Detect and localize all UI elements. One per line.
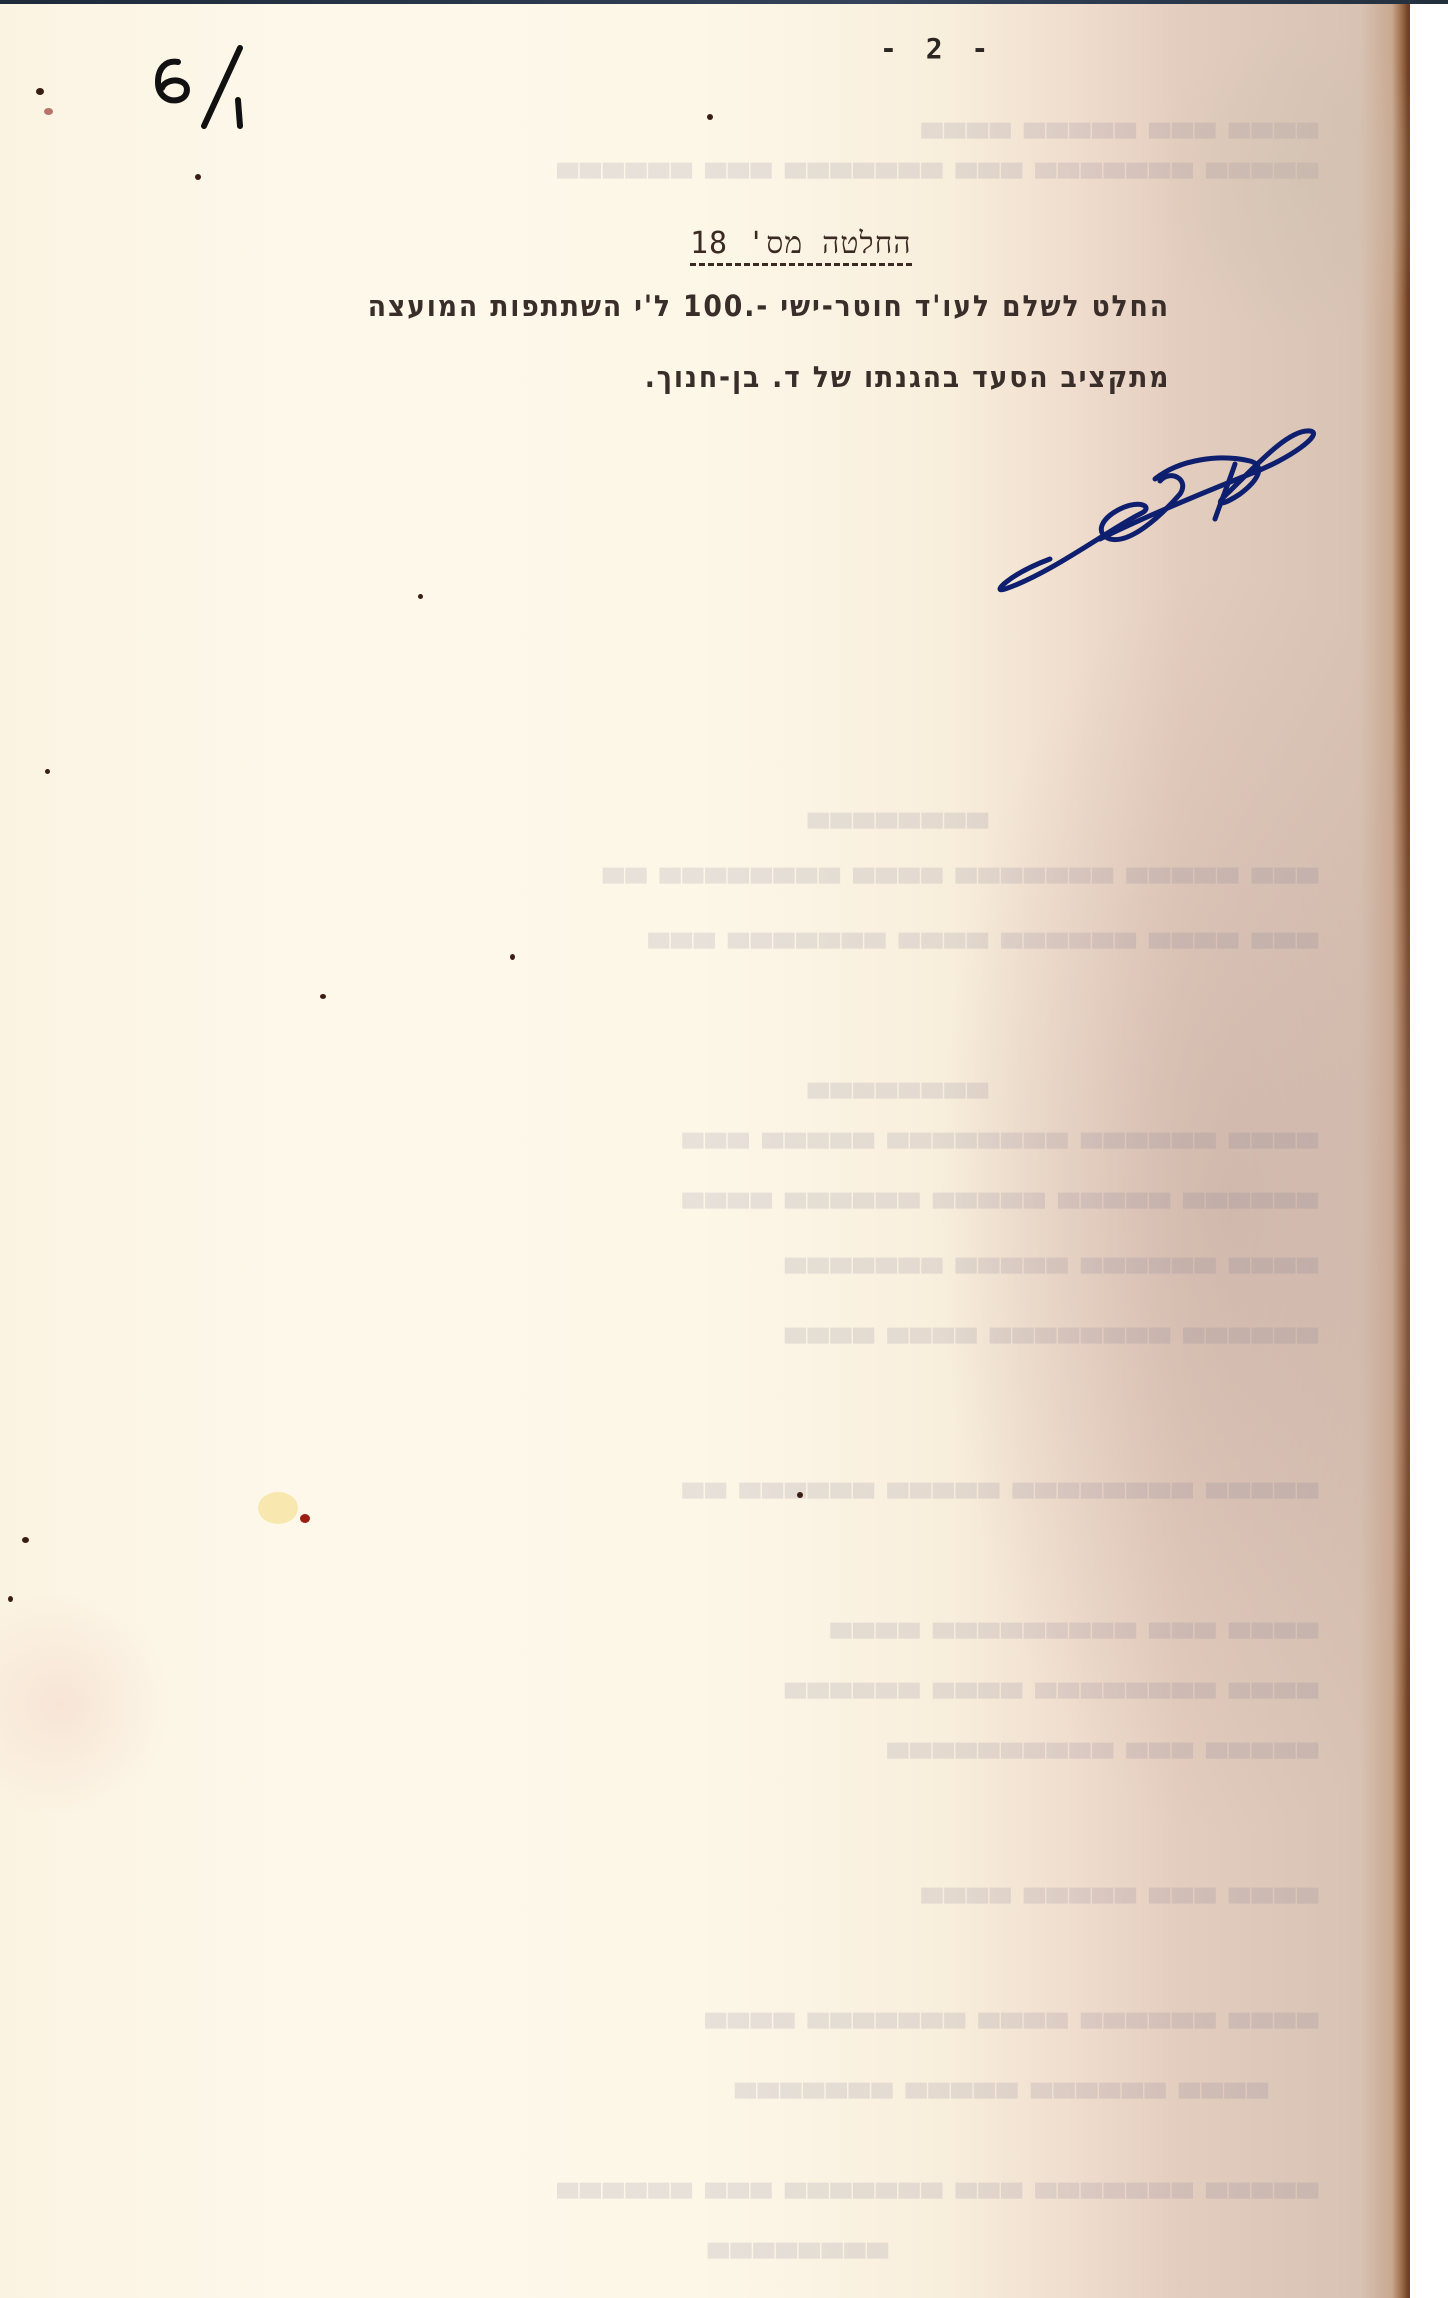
bleed-line: ▀▀▀▀▀ ▀▀▀▀▀▀▀▀ ▀▀▀▀▀ ▀▀▀▀▀▀ ▀▀ [683, 1484, 1320, 1515]
bleed-line: ▀▀▀▀▀▀ ▀▀▀▀▀▀▀▀ ▀▀▀▀ ▀▀▀▀ [785, 1329, 1320, 1360]
bleed-line: ▀▀▀ ▀▀▀▀▀ ▀▀▀▀▀▀▀ ▀▀▀▀ ▀▀▀▀▀▀▀▀ ▀▀ [603, 869, 1320, 900]
bleed-line: ▀▀▀▀▀ ▀▀▀▀▀▀▀ ▀▀▀ ▀▀▀▀▀▀▀ ▀▀▀ ▀▀▀▀▀▀ [557, 164, 1320, 195]
bleed-line: ▀▀▀▀▀▀ ▀▀▀▀▀ ▀▀▀▀▀ ▀▀▀▀▀▀ ▀▀▀▀ [683, 1194, 1320, 1225]
resolution-text-line: מתקציב הסעד בהגנתו של ד. בן-חנוך. [644, 360, 1170, 394]
folio-mark: 6/1 [148, 44, 268, 144]
signature [990, 399, 1330, 599]
resolution-heading: החלטה מס' 18 [690, 226, 912, 266]
bleed-line: ▀▀▀▀▀ ▀▀▀ ▀▀▀▀▀▀▀▀▀▀ [887, 1744, 1320, 1775]
bleed-line: ▀▀▀ ▀▀▀▀ ▀▀▀▀▀▀ ▀▀▀▀ ▀▀▀▀▀▀▀ ▀▀▀ [648, 934, 1320, 965]
bleed-line: ▀▀▀▀▀▀▀▀ [808, 814, 990, 845]
bleed-line: ▀▀▀▀ ▀▀▀▀▀▀▀▀ ▀▀▀▀ ▀▀▀▀▀▀ [785, 1684, 1320, 1715]
bleed-line: ▀▀▀▀ ▀▀▀▀▀▀ ▀▀▀▀▀▀▀▀ ▀▀▀▀▀ ▀▀▀ [683, 1134, 1320, 1165]
page-number: - 2 - [880, 32, 994, 65]
paper-sheet: ▀▀▀▀ ▀▀▀ ▀▀▀▀▀ ▀▀▀▀ ▀▀▀▀▀ ▀▀▀▀▀▀▀ ▀▀▀ ▀▀… [0, 4, 1410, 2298]
bleed-line: ▀▀▀▀ ▀▀▀▀▀▀ ▀▀▀▀▀ ▀▀▀▀▀▀▀ [785, 1259, 1320, 1290]
bleed-line: ▀▀▀▀ ▀▀▀ ▀▀▀▀▀▀▀▀▀ ▀▀▀▀ [831, 1624, 1320, 1655]
bleed-line: ▀▀▀▀ ▀▀▀▀▀▀ ▀▀▀▀▀ ▀▀▀▀▀▀▀ [735, 2084, 1270, 2115]
bleed-line: ▀▀▀▀▀ ▀▀▀▀▀▀▀ ▀▀▀ ▀▀▀▀▀▀▀ ▀▀▀ ▀▀▀▀▀▀ [557, 2184, 1320, 2215]
resolution-text-line: החלט לשלם לעו'ד חוטר-ישי -.100 ל'י השתתפ… [368, 289, 1170, 323]
bleed-line: ▀▀▀▀ ▀▀▀▀▀▀ ▀▀▀▀ ▀▀▀▀▀▀▀ ▀▀▀▀ [705, 2014, 1320, 2045]
bleed-line: ▀▀▀▀▀▀▀▀ [808, 1084, 990, 1115]
bleed-line: ▀▀▀▀ ▀▀▀ ▀▀▀▀▀ ▀▀▀▀ [922, 124, 1320, 155]
bleed-line: ▀▀▀▀▀▀▀▀ [708, 2244, 890, 2275]
bleed-line: ▀▀▀▀ ▀▀▀ ▀▀▀▀▀ ▀▀▀▀ [922, 1889, 1320, 1920]
